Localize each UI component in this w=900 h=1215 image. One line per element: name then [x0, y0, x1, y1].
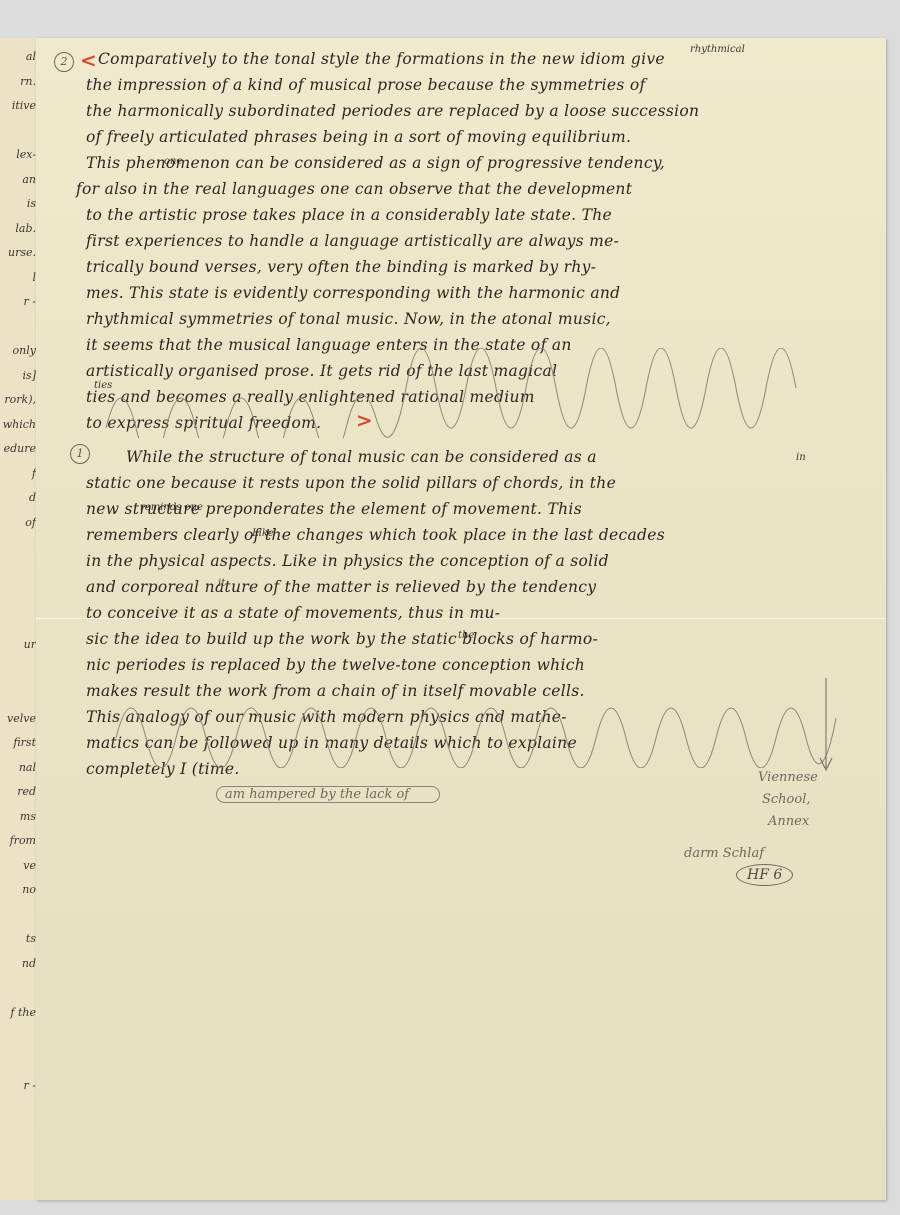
- text-line: completely I (time.: [86, 760, 866, 778]
- margin-fragment: only: [0, 344, 37, 357]
- text-line: This analogy of our music with modern ph…: [86, 708, 866, 726]
- note-line: School,: [762, 792, 811, 807]
- text-line: the harmonically subordinated periodes a…: [86, 102, 866, 120]
- text-line: to express spiritual freedom.: [86, 414, 866, 432]
- text-line: makes result the work from a chain of in…: [86, 682, 866, 700]
- text-line: mes. This state is evidently correspondi…: [86, 284, 866, 302]
- text-line: of freely articulated phrases being in a…: [86, 128, 866, 146]
- text-line: and corporeal nature of the matter is re…: [86, 578, 866, 596]
- margin-fragment: al: [0, 50, 37, 63]
- text-line: This phenomenon can be considered as a s…: [86, 154, 866, 172]
- text-line: nic periodes is replaced by the twelve-t…: [86, 656, 866, 674]
- text-line: artistically organised prose. It gets ri…: [86, 362, 866, 380]
- margin-fragment: from: [0, 834, 37, 847]
- margin-fragment: urse.: [0, 246, 37, 259]
- margin-fragment: of: [0, 516, 37, 529]
- note-line: Viennese: [758, 770, 818, 785]
- margin-fragment: d: [0, 491, 37, 504]
- margin-fragment: which: [0, 418, 37, 431]
- text-line: matics can be followed up in many detail…: [86, 734, 866, 752]
- margin-fragment: f the: [0, 1006, 37, 1019]
- text-line: ties and becomes a really enlightened ra…: [86, 388, 866, 406]
- red-close-bracket: >: [356, 408, 373, 432]
- margin-fragment: nd: [0, 957, 37, 970]
- margin-fragment: lex-: [0, 148, 37, 161]
- margin-fragment: ts: [0, 932, 37, 945]
- margin-fragment: r -: [0, 295, 37, 308]
- margin-fragment: is: [0, 197, 37, 210]
- text-line: to the artistic prose takes place in a c…: [86, 206, 866, 224]
- margin-fragment: ve: [0, 859, 37, 872]
- text-line: remembers clearly of the changes which t…: [86, 526, 866, 544]
- red-open-bracket: <: [80, 48, 97, 72]
- margin-fragment: l: [0, 271, 37, 284]
- previous-page-edge: alrn.itivelex-anislab.urse.lr -onlyis]ro…: [0, 38, 37, 1200]
- text-line: first experiences to handle a language a…: [86, 232, 866, 250]
- text-line: in the physical aspects. Like in physics…: [86, 552, 866, 570]
- text-line: sic the idea to build up the work by the…: [86, 630, 866, 648]
- margin-fragment: velve: [0, 712, 37, 725]
- text-line: rhythmical symmetries of tonal music. No…: [86, 310, 866, 328]
- manuscript-page: 2 < rhythmical one ties Comparatively to…: [36, 38, 886, 1200]
- circled-code: HF 6: [736, 864, 793, 886]
- margin-fragment: rork),: [0, 393, 37, 406]
- text-line: to conceive it as a state of movements, …: [86, 604, 866, 622]
- text-line: new structure preponderates the element …: [86, 500, 866, 518]
- margin-fragment: first: [0, 736, 37, 749]
- text-line: trically bound verses, very often the bi…: [86, 258, 866, 276]
- margin-fragment: ms: [0, 810, 37, 823]
- lower-pencil-note: darm Schlaf: [684, 846, 764, 861]
- text-line: Comparatively to the tonal style the for…: [98, 50, 878, 68]
- margin-fragment: edure: [0, 442, 37, 455]
- margin-fragment: itive: [0, 99, 37, 112]
- text-line: for also in the real languages one can o…: [76, 180, 856, 198]
- margin-fragment: lab.: [0, 222, 37, 235]
- text-line: the impression of a kind of musical pros…: [86, 76, 866, 94]
- margin-fragment: ur: [0, 638, 37, 651]
- text-line: it seems that the musical language enter…: [86, 336, 866, 354]
- section-marker-2: 2: [54, 52, 74, 72]
- margin-fragment: is]: [0, 369, 37, 382]
- margin-fragment: f: [0, 467, 37, 480]
- section-marker-1: 1: [70, 444, 90, 464]
- margin-fragment: rn.: [0, 75, 37, 88]
- text-line: While the structure of tonal music can b…: [126, 448, 900, 466]
- margin-fragment: nal: [0, 761, 37, 774]
- margin-fragment: red: [0, 785, 37, 798]
- pencil-addition: am hampered by the lack of: [216, 786, 440, 803]
- margin-fragment: no: [0, 883, 37, 896]
- note-line: Annex: [768, 814, 809, 829]
- margin-fragment: r -: [0, 1079, 37, 1092]
- text-line: static one because it rests upon the sol…: [86, 474, 866, 492]
- margin-fragment: an: [0, 173, 37, 186]
